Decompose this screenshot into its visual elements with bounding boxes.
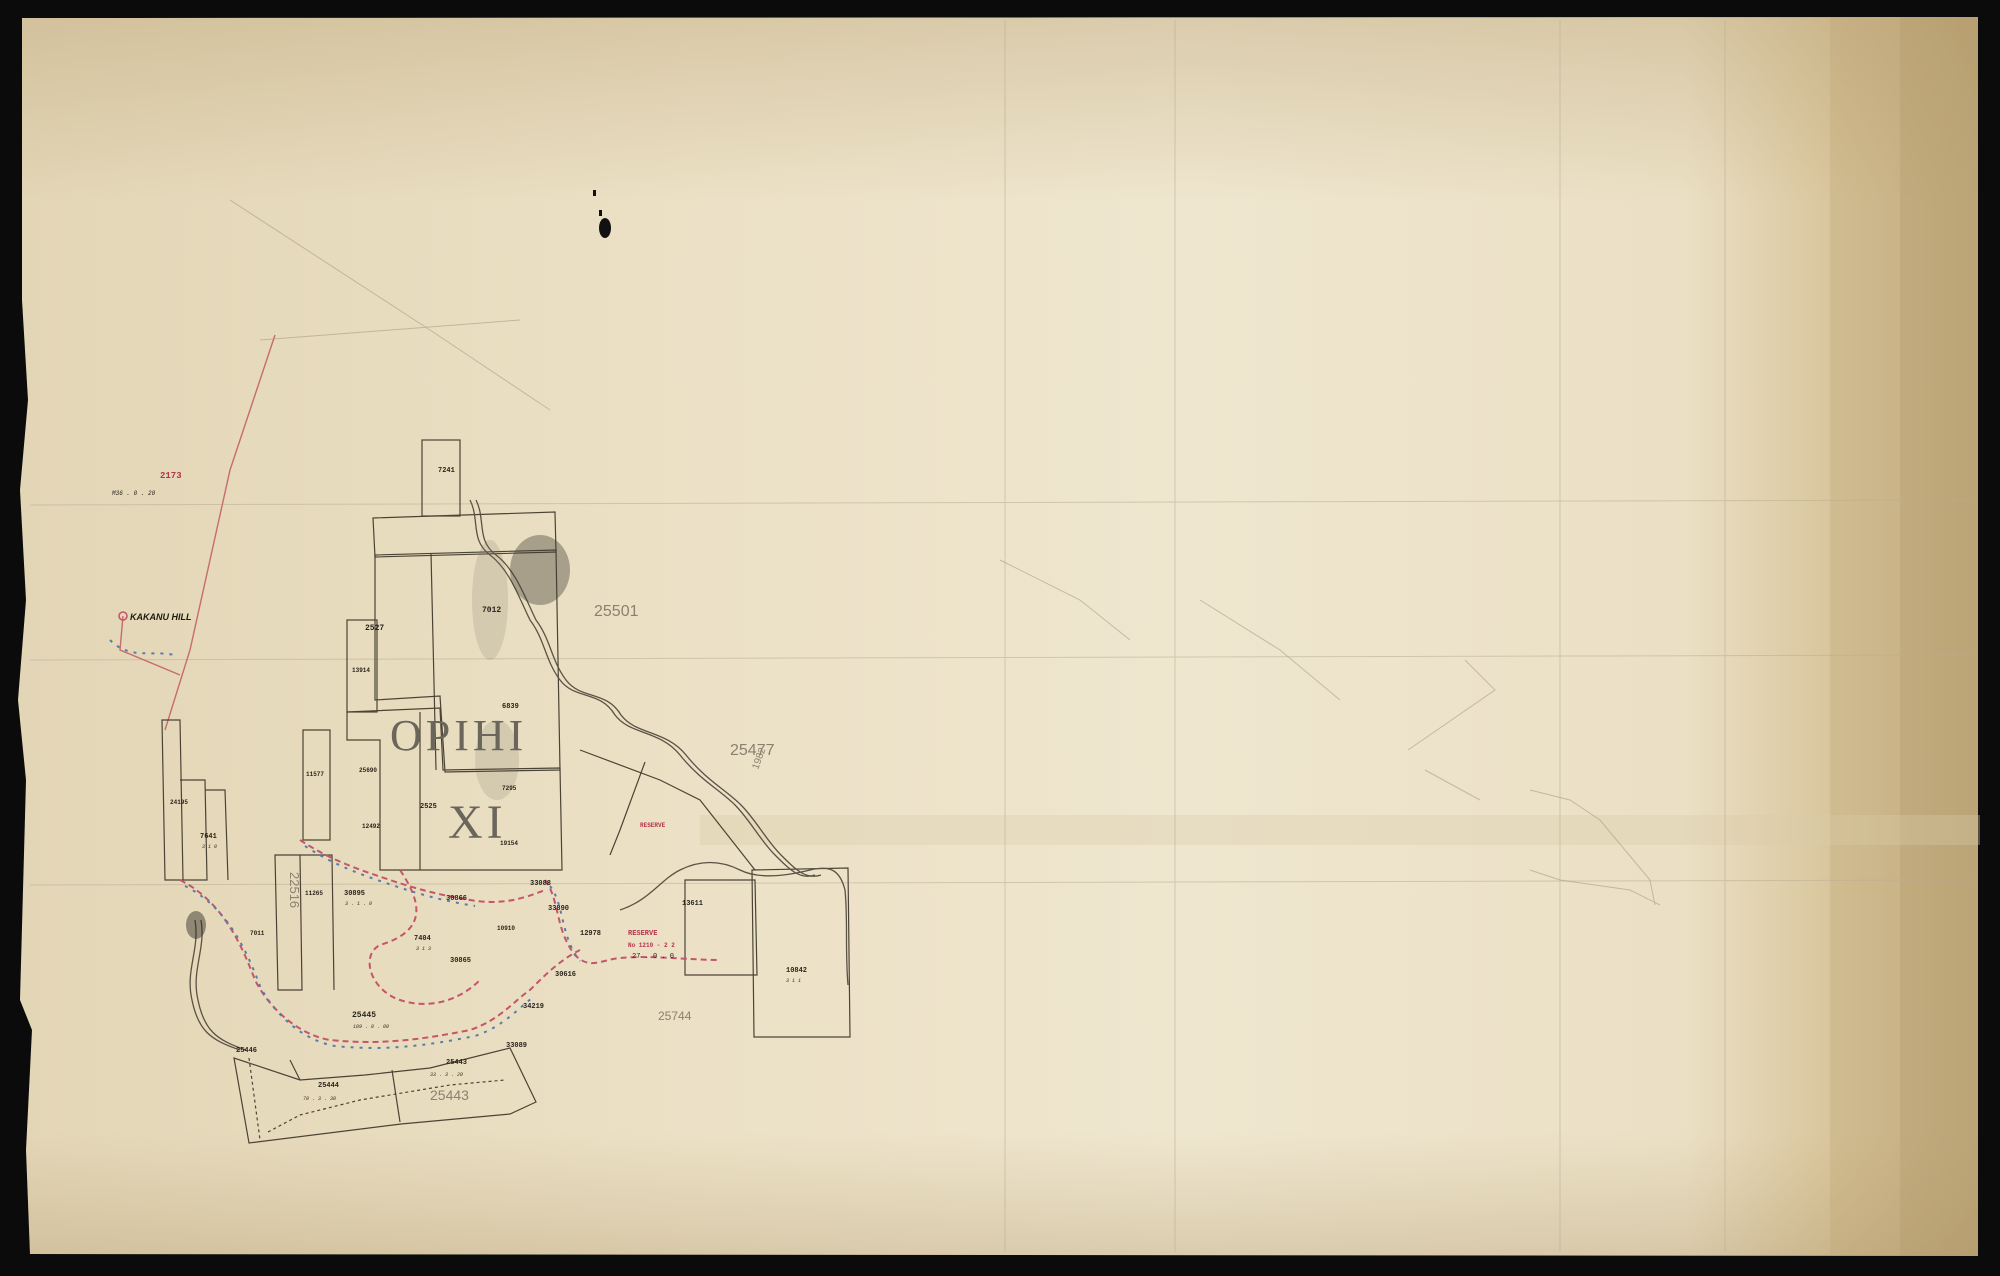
pencil-label: 25501 (594, 603, 639, 620)
lot-number: 25444 (318, 1082, 339, 1090)
landmark-label: KAKANU HILL (130, 612, 192, 622)
lot-number: 33089 (506, 1042, 527, 1050)
lot-area: 109 . 0 . 00 (353, 1024, 389, 1030)
district-name: OPIHI (390, 711, 527, 760)
lot-number: 25445 (352, 1011, 376, 1020)
lot-number: 30895 (344, 890, 365, 898)
red-label-2173: 2173 (160, 471, 182, 481)
lot-area: 3 . 1 . 0 (345, 901, 372, 907)
lot-number: 7641 (200, 833, 217, 841)
lot-number: 7241 (438, 467, 455, 475)
lot-number: 30866 (446, 895, 467, 903)
lot-area: 33 . 3 . 20 (430, 1072, 463, 1078)
lot-number: 33890 (548, 905, 569, 913)
lot-number: 33088 (530, 880, 551, 888)
lot-number: 13611 (682, 900, 703, 908)
reserve-label: RESERVE (628, 930, 657, 938)
lot-number: 30865 (450, 957, 471, 965)
reserve-label-upper: RESERVE (640, 822, 666, 829)
lot-number: 25690 (359, 767, 377, 774)
lot-number: 34219 (523, 1003, 544, 1011)
lot-number: 7295 (502, 785, 517, 792)
survey-map: OPIHI XI KAKANU HILL 2173 RESERVE No 121… (0, 0, 2000, 1276)
lot-number: 7011 (250, 930, 265, 937)
lot-number: 2525 (420, 803, 437, 811)
lot-number: 11577 (306, 771, 324, 778)
reserve-number: No 1210 - 2 2 (628, 942, 675, 949)
lot-number: 25443 (446, 1059, 467, 1067)
lot-number: 2527 (365, 624, 384, 633)
reserve-area: 27 . 0 . 0 (632, 953, 674, 961)
lot-number: 24195 (170, 799, 188, 806)
sheet-number: XI (448, 796, 507, 849)
lot-area: 3 1 0 (202, 844, 217, 850)
pencil-label: 25443 (430, 1087, 469, 1103)
lot-number: 7404 (414, 935, 431, 943)
lot-number: 13914 (352, 667, 370, 674)
lot-number: 12492 (362, 823, 380, 830)
landmark-kakanu-hill: KAKANU HILL (119, 612, 192, 622)
lot-area: 3 1 3 (416, 946, 431, 952)
lot-number: 10842 (786, 967, 807, 975)
paper-sheet (18, 17, 1980, 1256)
lot-area: 3 1 1 (786, 978, 801, 984)
lot-number: 6839 (502, 703, 519, 711)
lot-number: 10910 (497, 925, 515, 932)
lot-number: 12978 (580, 930, 601, 938)
lot-number: 11265 (305, 890, 323, 897)
lot-number: 19154 (500, 840, 518, 847)
lot-number: 7012 (482, 606, 501, 615)
map-frame: OPIHI XI KAKANU HILL 2173 RESERVE No 121… (0, 0, 2000, 1276)
scale-marks: M36 . 0 . 20 (112, 490, 156, 497)
lot-area: 70 . 3 . 30 (303, 1096, 336, 1102)
lot-number: 30616 (555, 971, 576, 979)
lot-number: 25446 (236, 1047, 257, 1055)
pencil-label: 25744 (658, 1009, 692, 1023)
pencil-label: 22516 (287, 872, 302, 908)
